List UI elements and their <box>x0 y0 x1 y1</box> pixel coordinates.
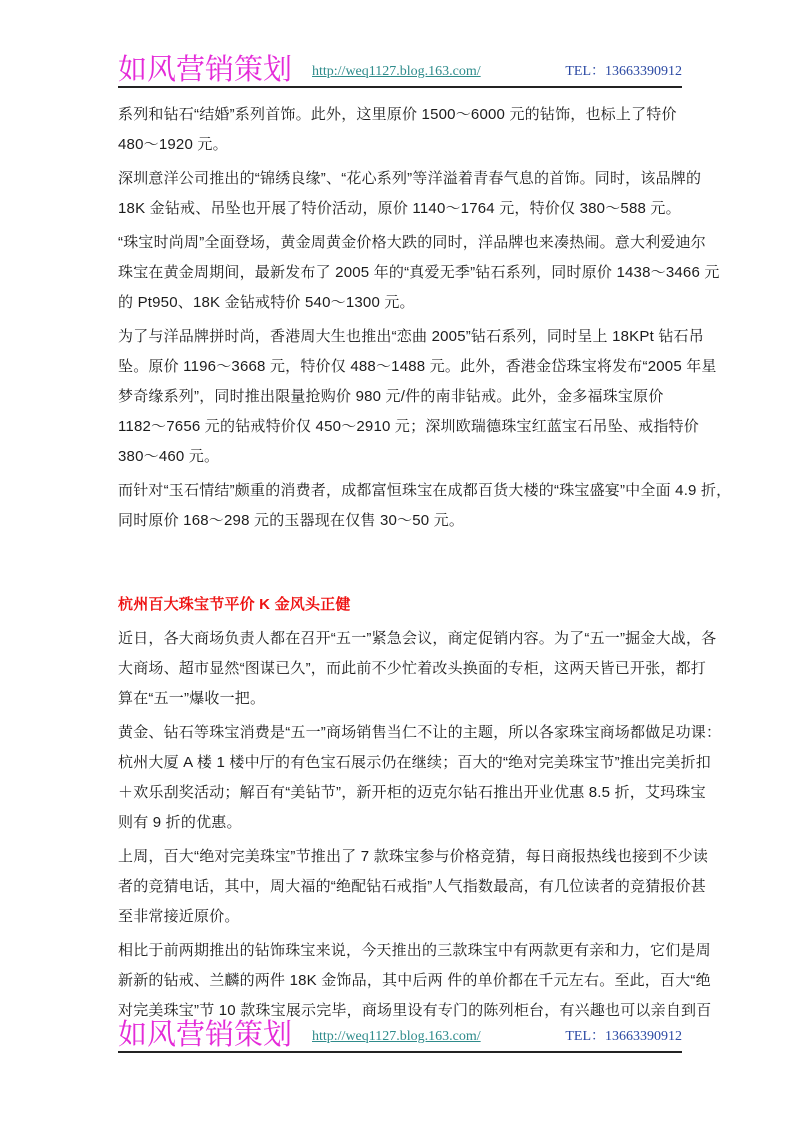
text-line: 深圳意洋公司推出的“锦绣良缘”、“花心系列”等洋溢着青春气息的首饰。同时，该品牌… <box>118 164 684 194</box>
text-line: 新新的钻戒、兰麟的两件 18K 金饰品，其中后两 件的单价都在千元左右。至此，百… <box>118 966 684 996</box>
body-paragraph: 而针对“玉石情结”颇重的消费者，成都富恒珠宝在成都百货大楼的“珠宝盛宴”中全面 … <box>118 476 684 536</box>
text-line: 的 Pt950、18K 金钻戒特价 540～1300 元。 <box>118 288 684 318</box>
section-heading: 杭州百大珠宝节平价 K 金风头正健 <box>118 590 684 620</box>
page-footer: 如风营销策划 http://weq1127.blog.163.com/ TEL：… <box>118 1019 682 1053</box>
text-line: 者的竞猜电话，其中，周大福的“绝配钻石戒指”人气指数最高，有几位读者的竞猜报价甚 <box>118 872 684 902</box>
body-paragraph: 黄金、钻石等珠宝消费是“五一”商场销售当仁不让的主题，所以各家珠宝商场都做足功课… <box>118 718 684 838</box>
text-line: 系列和钻石“结婚”系列首饰。此外，这里原价 1500～6000 元的钻饰，也标上… <box>118 100 684 130</box>
text-line: 杭州大厦 A 楼 1 楼中厅的有色宝石展示仍在继续；百大的“绝对完美珠宝节”推出… <box>118 748 684 778</box>
brand-logo-text: 如风营销策划 <box>118 1019 292 1049</box>
text-line: 而针对“玉石情结”颇重的消费者，成都富恒珠宝在成都百货大楼的“珠宝盛宴”中全面 … <box>118 476 684 506</box>
text-line: 杭州百大珠宝节平价 K 金风头正健 <box>118 590 684 620</box>
text-line: “珠宝时尚周”全面登场，黄金周黄金价格大跌的同时，洋品牌也来凑热闹。意大利爱迪尔 <box>118 228 684 258</box>
text-line: 大商场、超市显然“图谋已久”，而此前不少忙着改头换面的专柜，这两天皆已开张，都打 <box>118 654 684 684</box>
article-body: 系列和钻石“结婚”系列首饰。此外，这里原价 1500～6000 元的钻饰，也标上… <box>118 100 684 1030</box>
text-line: 相比于前两期推出的钻饰珠宝来说，今天推出的三款珠宝中有两款更有亲和力，它们是周 <box>118 936 684 966</box>
text-line: 上周，百大“绝对完美珠宝”节推出了 7 款珠宝参与价格竞猜，每日商报热线也接到不… <box>118 842 684 872</box>
text-line: 珠宝在黄金周期间，最新发布了 2005 年的“真爱无季”钻石系列，同时原价 14… <box>118 258 684 288</box>
text-line: 近日，各大商场负责人都在召开“五一”紧急会议，商定促销内容。为了“五一”掘金大战… <box>118 624 684 654</box>
blank-gap <box>118 540 684 590</box>
text-line: ＋欢乐刮奖活动；解百有“美钻节”，新开柜的迈克尔钻石推出开业优惠 8.5 折，艾… <box>118 778 684 808</box>
text-line: 坠。原价 1196～3668 元，特价仅 488～1488 元。此外，香港金岱珠… <box>118 352 684 382</box>
tel-number: TEL：13663390912 <box>565 60 682 80</box>
document-page: 如风营销策划 http://weq1127.blog.163.com/ TEL：… <box>0 0 800 1132</box>
brand-logo-text: 如风营销策划 <box>118 54 292 84</box>
text-line: 梦奇缘系列”，同时推出限量抢购价 980 元/件的南非钻戒。此外，金多福珠宝原价 <box>118 382 684 412</box>
body-paragraph: 系列和钻石“结婚”系列首饰。此外，这里原价 1500～6000 元的钻饰，也标上… <box>118 100 684 160</box>
tel-number: TEL：13663390912 <box>565 1025 682 1045</box>
body-paragraph: 上周，百大“绝对完美珠宝”节推出了 7 款珠宝参与价格竞猜，每日商报热线也接到不… <box>118 842 684 932</box>
text-line: 1182～7656 元的钻戒特价仅 450～2910 元；深圳欧瑞德珠宝红蓝宝石… <box>118 412 684 442</box>
text-line: 为了与洋品牌拼时尚，香港周大生也推出“恋曲 2005”钻石系列，同时呈上 18K… <box>118 322 684 352</box>
text-line: 480～1920 元。 <box>118 130 684 160</box>
body-paragraph: 深圳意洋公司推出的“锦绣良缘”、“花心系列”等洋溢着青春气息的首饰。同时，该品牌… <box>118 164 684 224</box>
text-line: 算在“五一”爆收一把。 <box>118 684 684 714</box>
blog-url-link[interactable]: http://weq1127.blog.163.com/ <box>312 64 481 80</box>
body-paragraph: “珠宝时尚周”全面登场，黄金周黄金价格大跌的同时，洋品牌也来凑热闹。意大利爱迪尔… <box>118 228 684 318</box>
blog-url-link[interactable]: http://weq1127.blog.163.com/ <box>312 1029 481 1045</box>
text-line: 则有 9 折的优惠。 <box>118 808 684 838</box>
text-line: 黄金、钻石等珠宝消费是“五一”商场销售当仁不让的主题，所以各家珠宝商场都做足功课… <box>118 718 684 748</box>
text-line: 至非常接近原价。 <box>118 902 684 932</box>
text-line: 380～460 元。 <box>118 442 684 472</box>
text-line: 同时原价 168～298 元的玉器现在仅售 30～50 元。 <box>118 506 684 536</box>
body-paragraph: 近日，各大商场负责人都在召开“五一”紧急会议，商定促销内容。为了“五一”掘金大战… <box>118 624 684 714</box>
text-line: 18K 金钻戒、吊坠也开展了特价活动，原价 1140～1764 元，特价仅 38… <box>118 194 684 224</box>
body-paragraph: 相比于前两期推出的钻饰珠宝来说，今天推出的三款珠宝中有两款更有亲和力，它们是周新… <box>118 936 684 1026</box>
body-paragraph: 为了与洋品牌拼时尚，香港周大生也推出“恋曲 2005”钻石系列，同时呈上 18K… <box>118 322 684 472</box>
page-header: 如风营销策划 http://weq1127.blog.163.com/ TEL：… <box>118 54 682 88</box>
